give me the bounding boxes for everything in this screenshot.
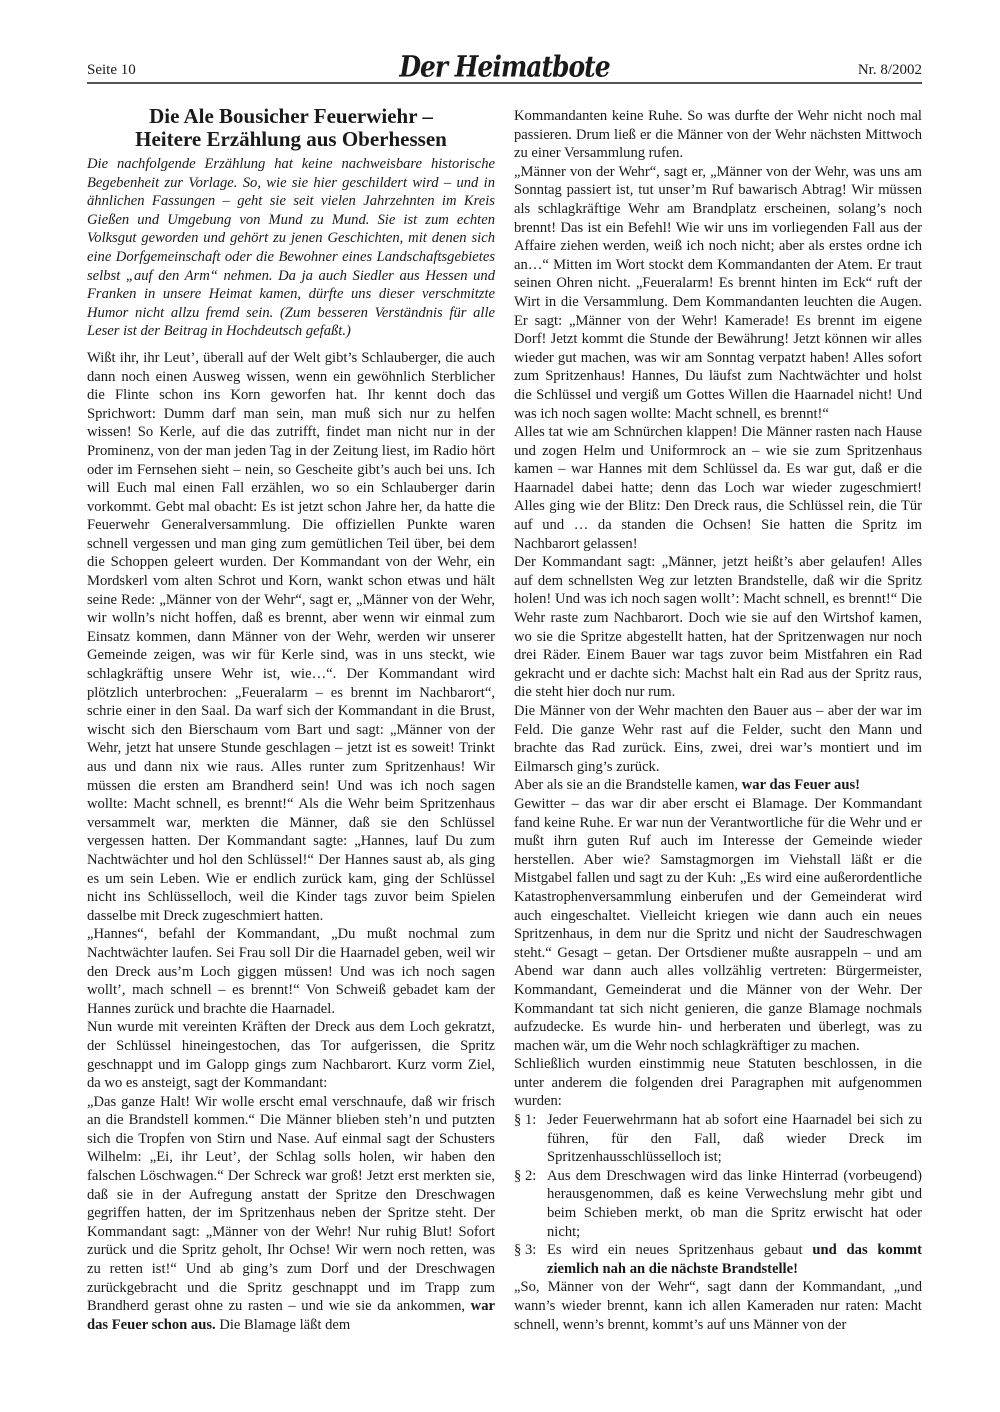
page-header: Seite 10 Der Heimatbote Nr. 8/2002 <box>87 52 922 82</box>
title-line-1: Die Ale Bousicher Feuerwiehr – <box>149 104 433 128</box>
body-paragraph: Die Männer von der Wehr machten den Baue… <box>514 702 922 776</box>
emphasis: war das Feuer aus! <box>742 777 860 793</box>
left-column: Die Ale Bousicher Feuerwiehr – Heitere E… <box>87 105 495 1334</box>
header-rule <box>87 82 922 84</box>
statutes-list: § 1:Jeder Feuerwehrmann hat ab sofort ei… <box>514 1111 922 1278</box>
body-paragraph: Gewitter – das war dir aber erscht ei Bl… <box>514 795 922 1055</box>
issue-number: Nr. 8/2002 <box>858 62 922 79</box>
statute-number: § 2: <box>514 1167 536 1186</box>
body-paragraph: Kommandanten keine Ruhe. So was durfte d… <box>514 107 922 163</box>
title-line-2: Heitere Erzählung aus Oberhessen <box>135 127 447 151</box>
statute-item: § 3:Es wird ein neues Spritzenhaus gebau… <box>514 1241 922 1278</box>
body-paragraph: „Das ganze Halt! Wir wolle erscht emal v… <box>87 1093 495 1335</box>
statute-number: § 3: <box>514 1241 536 1260</box>
article-title: Die Ale Bousicher Feuerwiehr – Heitere E… <box>87 105 495 151</box>
right-column: Kommandanten keine Ruhe. So was durfte d… <box>514 107 922 1334</box>
statute-number: § 1: <box>514 1111 536 1130</box>
fire-out-line: Aber als sie an die Brandstelle kamen, w… <box>514 776 922 795</box>
statute-item: § 2:Aus dem Dreschwagen wird das linke H… <box>514 1167 922 1241</box>
body-paragraph: Wißt ihr, ihr Leut’, überall auf der Wel… <box>87 349 495 925</box>
body-paragraph: Alles tat wie am Schnürchen klappen! Die… <box>514 423 922 553</box>
statute-item: § 1:Jeder Feuerwehrmann hat ab sofort ei… <box>514 1111 922 1167</box>
body-paragraph: „Hannes“, befahl der Kommandant, „Du muß… <box>87 925 495 1018</box>
article-intro: Die nachfolgende Erzählung hat keine nac… <box>87 155 495 341</box>
body-paragraph: Der Kommandant sagt: „Männer, jetzt heiß… <box>514 553 922 702</box>
body-paragraph: Schließlich wurden einstimmig neue Statu… <box>514 1055 922 1111</box>
body-paragraph: „Männer von der Wehr“, sagt er, „Männer … <box>514 163 922 423</box>
closing-paragraph: „So, Männer von der Wehr“, sagt dann der… <box>514 1278 922 1334</box>
masthead-logo: Der Heimatbote <box>87 50 922 83</box>
body-paragraph: Nun wurde mit vereinten Kräften der Drec… <box>87 1018 495 1092</box>
